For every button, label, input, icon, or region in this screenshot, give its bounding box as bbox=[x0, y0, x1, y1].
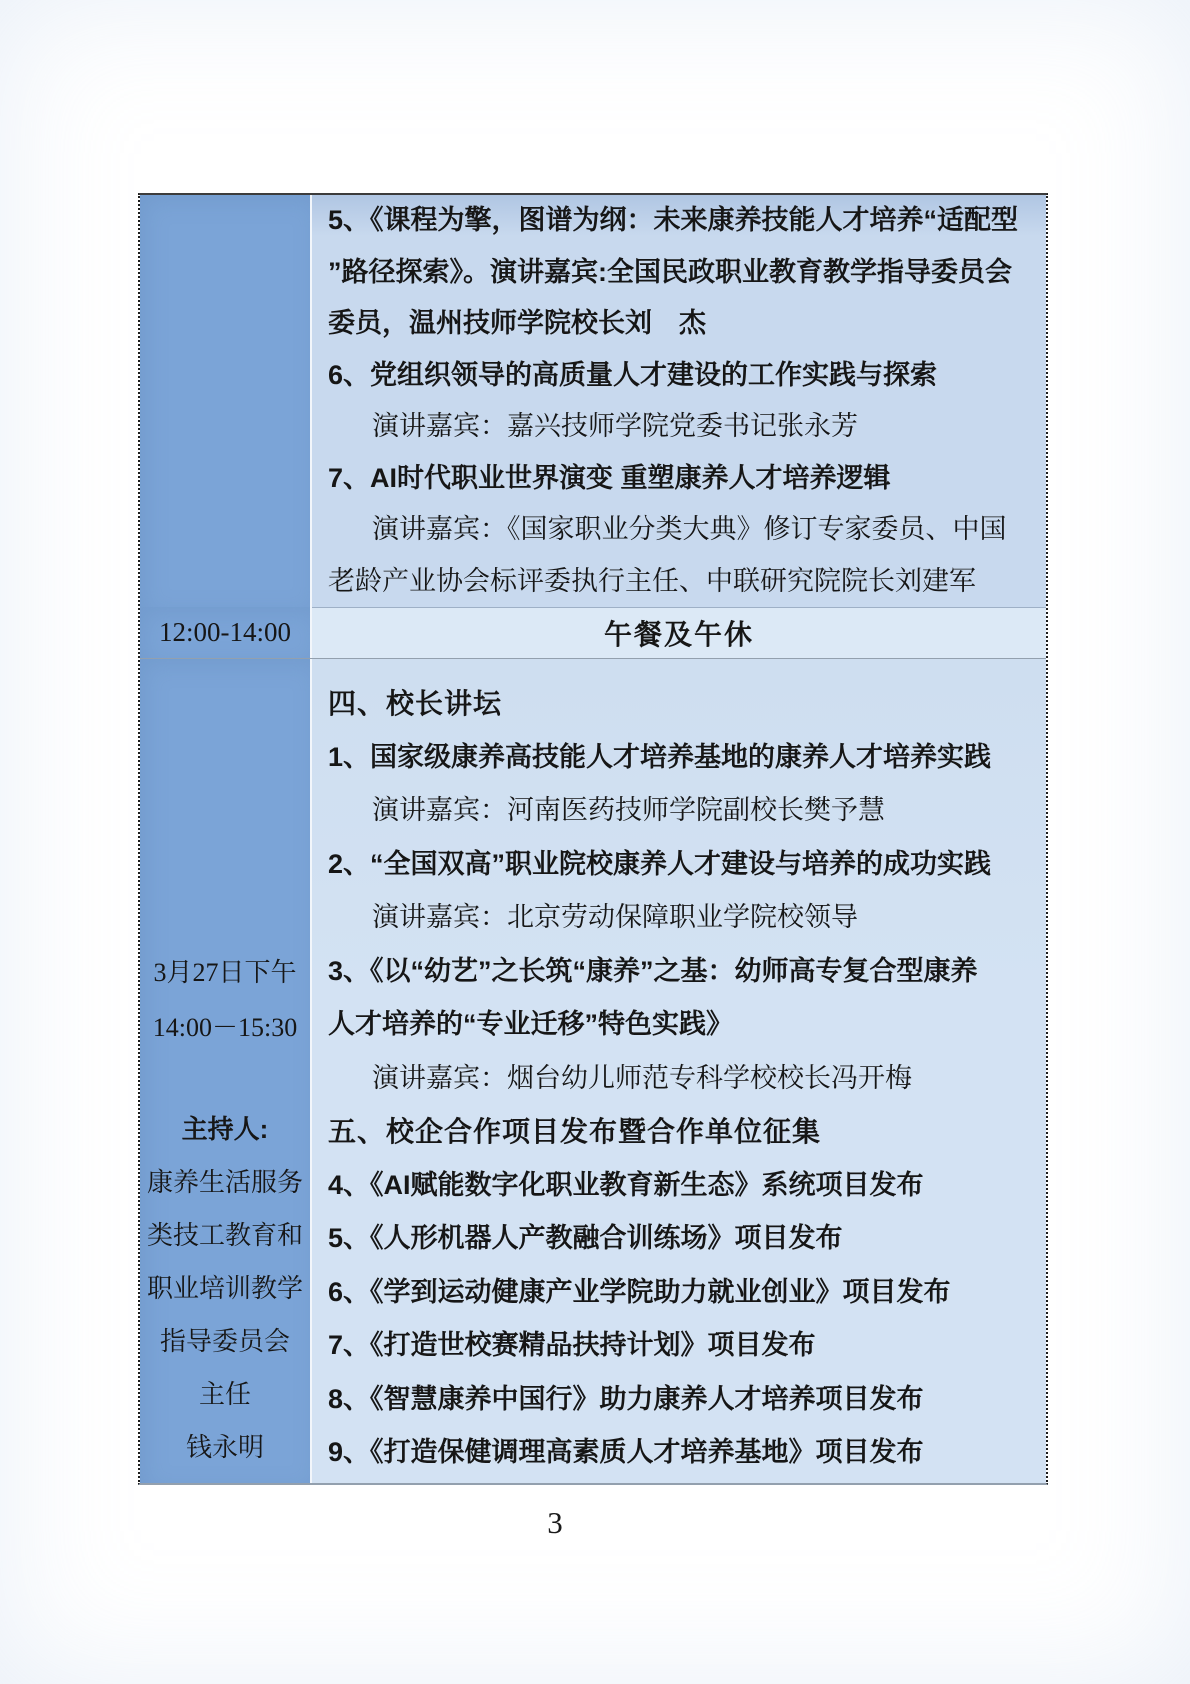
agenda-line: 6、党组织领导的高质量人才建设的工作实践与探索 bbox=[328, 350, 1034, 402]
host-org-line: 康养生活服务 bbox=[140, 1156, 310, 1209]
agenda-line: 3、《以“幼艺”之长筑“康养”之基：幼师高专复合型康养 bbox=[328, 945, 1034, 999]
speaker-line: 演讲嘉宾：《国家职业分类大典》修订专家委员、中国 bbox=[328, 504, 1034, 556]
host-title-line: 主任 bbox=[140, 1368, 310, 1421]
agenda-line: ”路径探索》。演讲嘉宾:全国民政职业教育教学指导委员会 bbox=[328, 247, 1034, 299]
agenda-table: 5、《课程为擎，图谱为纲：未来康养技能人才培养“适配型 ”路径探索》。演讲嘉宾:… bbox=[138, 193, 1048, 1485]
agenda-line: 7、《打造世校赛精品扶持计划》项目发布 bbox=[328, 1319, 1034, 1373]
lunch-label-cell: 午餐及午休 bbox=[312, 607, 1046, 658]
host-role-label: 主持人: bbox=[140, 1103, 310, 1156]
speaker-line: 演讲嘉宾：烟台幼儿师范专科学校校长冯开梅 bbox=[328, 1052, 1034, 1106]
agenda-line: 1、国家级康养高技能人才培养基地的康养人才培养实践 bbox=[328, 731, 1034, 785]
agenda-line: 4、《AI赋能数字化职业教育新生态》系统项目发布 bbox=[328, 1159, 1034, 1213]
speaker-line: 演讲嘉宾：北京劳动保障职业学院校领导 bbox=[328, 891, 1034, 945]
agenda-line: 8、《智慧康养中国行》助力康养人才培养项目发布 bbox=[328, 1373, 1034, 1427]
speaker-line: 演讲嘉宾：河南医药技师学院副校长樊予慧 bbox=[328, 784, 1034, 838]
speaker-line-continued: 老龄产业协会标评委执行主任、中联研究院院长刘建军 bbox=[328, 556, 1034, 608]
agenda-line: 6、《学到运动健康产业学院助力就业创业》项目发布 bbox=[328, 1266, 1034, 1320]
agenda-row-lunch: 12:00-14:00 午餐及午休 bbox=[140, 607, 1046, 659]
lunch-time-label: 12:00-14:00 bbox=[159, 617, 291, 648]
lunch-label: 午餐及午休 bbox=[604, 613, 754, 653]
section-heading: 五、校企合作项目发布暨合作单位征集 bbox=[328, 1105, 1034, 1159]
section-heading: 四、校长讲坛 bbox=[328, 677, 1034, 731]
agenda-line: 5、《人形机器人产教融合训练场》项目发布 bbox=[328, 1212, 1034, 1266]
session-date: 3月27日下午 bbox=[140, 945, 310, 1000]
agenda-line: 委员，温州技师学院校长刘 杰 bbox=[328, 298, 1034, 350]
agenda-line: 9、《打造保健调理高素质人才培养基地》项目发布 bbox=[328, 1426, 1034, 1480]
page-number: 3 bbox=[0, 1505, 1110, 1541]
agenda-line: 2、“全国双高”职业院校康养人才建设与培养的成功实践 bbox=[328, 838, 1034, 892]
agenda-line: 5、《课程为擎，图谱为纲：未来康养技能人才培养“适配型 bbox=[328, 195, 1034, 247]
lunch-time-cell: 12:00-14:00 bbox=[140, 607, 312, 658]
speaker-line: 演讲嘉宾：嘉兴技师学院党委书记张永芳 bbox=[328, 401, 1034, 453]
agenda-row-morning: 5、《课程为擎，图谱为纲：未来康养技能人才培养“适配型 ”路径探索》。演讲嘉宾:… bbox=[140, 195, 1046, 607]
agenda-row-afternoon: 3月27日下午 14:00－15:30 主持人: 康养生活服务 类技工教育和 职… bbox=[140, 659, 1046, 1483]
morning-time-cell bbox=[140, 195, 312, 607]
afternoon-items-cell: 四、校长讲坛 1、国家级康养高技能人才培养基地的康养人才培养实践 演讲嘉宾：河南… bbox=[312, 659, 1046, 1483]
host-org-line: 职业培训教学 bbox=[140, 1262, 310, 1315]
agenda-line: 7、AI时代职业世界演变 重塑康养人才培养逻辑 bbox=[328, 453, 1034, 505]
document-page: 5、《课程为擎，图谱为纲：未来康养技能人才培养“适配型 ”路径探索》。演讲嘉宾:… bbox=[0, 0, 1190, 1684]
host-name: 钱永明 bbox=[140, 1421, 310, 1474]
morning-items-cell: 5、《课程为擎，图谱为纲：未来康养技能人才培养“适配型 ”路径探索》。演讲嘉宾:… bbox=[312, 195, 1046, 607]
session-time: 14:00－15:30 bbox=[140, 1000, 310, 1055]
host-org-line: 类技工教育和 bbox=[140, 1209, 310, 1262]
afternoon-info-cell: 3月27日下午 14:00－15:30 主持人: 康养生活服务 类技工教育和 职… bbox=[140, 659, 312, 1483]
host-org-line: 指导委员会 bbox=[140, 1315, 310, 1368]
host-block: 主持人: 康养生活服务 类技工教育和 职业培训教学 指导委员会 主任 钱永明 bbox=[140, 1103, 310, 1474]
agenda-line-continued: 人才培养的“专业迁移”特色实践》 bbox=[328, 998, 1034, 1052]
